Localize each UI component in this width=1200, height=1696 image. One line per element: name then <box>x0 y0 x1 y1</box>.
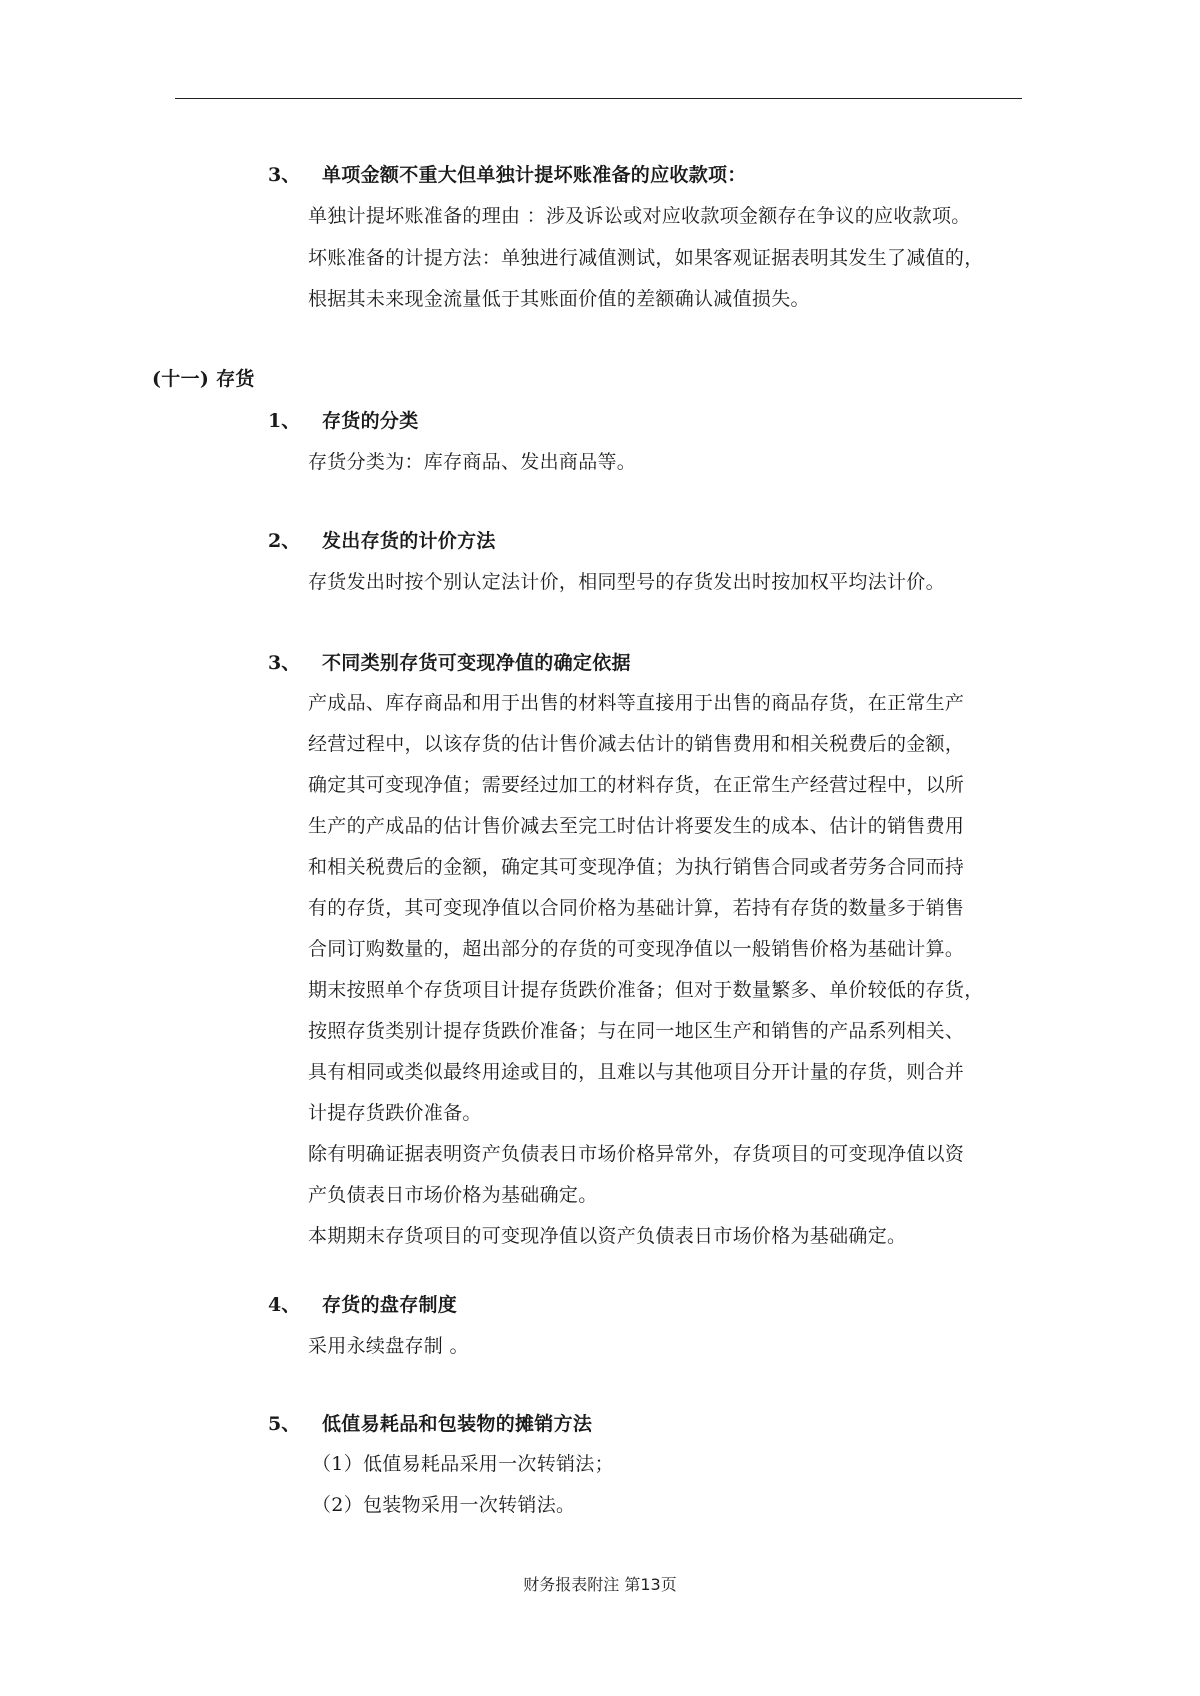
paragraph-line: 产负债表日市场价格为基础确定。 <box>308 1180 598 1207</box>
paragraph-line: （2）包装物采用一次转销法。 <box>312 1490 575 1517</box>
paragraph-line: 存货发出时按个别认定法计价，相同型号的存货发出时按加权平均法计价。 <box>308 567 945 594</box>
header-rule <box>175 98 1022 99</box>
paragraph-line: 单独计提坏账准备的理由 ：涉及诉讼或对应收款项金额存在争议的应收款项。 <box>308 201 971 228</box>
paragraph-line: （1）低值易耗品采用一次转销法； <box>312 1449 614 1476</box>
item-number: 2、 <box>268 526 300 553</box>
paragraph-line: 和相关税费后的金额，确定其可变现净值；为执行销售合同或者劳务合同而持 <box>308 852 964 879</box>
paragraph-line: 除有明确证据表明资产负债表日市场价格异常外，存货项目的可变现净值以资 <box>308 1139 964 1166</box>
paragraph-line: 存货分类为：库存商品、发出商品等。 <box>308 447 636 474</box>
item-title: 不同类别存货可变现净值的确定依据 <box>322 648 631 675</box>
item-title: 存货的盘存制度 <box>322 1290 457 1317</box>
item-title: 单项金额不重大但单独计提坏账准备的应收款项： <box>322 160 747 187</box>
item-number: 3、 <box>268 160 300 187</box>
item-number: 4、 <box>268 1290 300 1317</box>
paragraph-line: 坏账准备的计提方法：单独进行减值测试，如果客观证据表明其发生了减值的， <box>308 243 984 270</box>
paragraph-line: 采用永续盘存制 。 <box>308 1331 469 1358</box>
item-title: 存货的分类 <box>322 406 419 433</box>
item-number: 5、 <box>268 1409 300 1436</box>
paragraph-line: 本期期末存货项目的可变现净值以资产负债表日市场价格为基础确定。 <box>308 1221 906 1248</box>
paragraph-line: 经营过程中，以该存货的估计售价减去估计的销售费用和相关税费后的金额， <box>308 729 964 756</box>
page-footer: 财务报表附注 第13页 <box>0 1572 1200 1595</box>
item-title: 发出存货的计价方法 <box>322 526 496 553</box>
item-number: 1、 <box>268 406 300 433</box>
item-number: 3、 <box>268 648 300 675</box>
paragraph-line: 期末按照单个存货项目计提存货跌价准备；但对于数量繁多、单价较低的存货， <box>308 975 984 1002</box>
paragraph-line: 合同订购数量的，超出部分的存货的可变现净值以一般销售价格为基础计算。 <box>308 934 964 961</box>
paragraph-line: 确定其可变现净值；需要经过加工的材料存货，在正常生产经营过程中，以所 <box>308 770 964 797</box>
item-title: 低值易耗品和包装物的摊销方法 <box>322 1409 592 1436</box>
section-heading: (十一) 存货 <box>152 364 255 391</box>
paragraph-line: 生产的产成品的估计售价减去至完工时估计将要发生的成本、估计的销售费用 <box>308 811 964 838</box>
paragraph-line: 有的存货，其可变现净值以合同价格为基础计算，若持有存货的数量多于销售 <box>308 893 964 920</box>
paragraph-line: 产成品、库存商品和用于出售的材料等直接用于出售的商品存货，在正常生产 <box>308 688 964 715</box>
paragraph-line: 具有相同或类似最终用途或目的，且难以与其他项目分开计量的存货，则合并 <box>308 1057 964 1084</box>
paragraph-line: 计提存货跌价准备。 <box>308 1098 482 1125</box>
paragraph-line: 按照存货类别计提存货跌价准备；与在同一地区生产和销售的产品系列相关、 <box>308 1016 964 1043</box>
paragraph-line: 根据其未来现金流量低于其账面价值的差额确认减值损失。 <box>308 284 810 311</box>
